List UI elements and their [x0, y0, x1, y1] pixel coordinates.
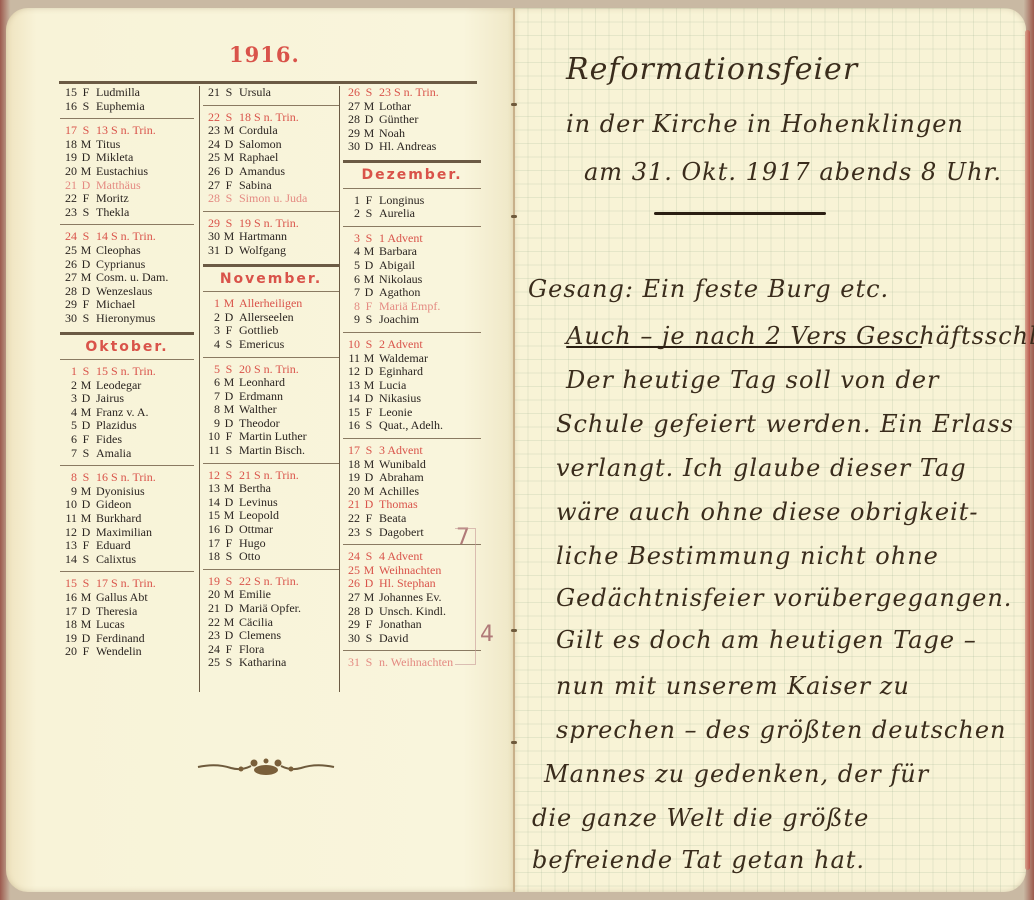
- weekday-letter: S: [362, 444, 376, 458]
- calendar-day-row: 23MCordula: [203, 124, 339, 138]
- day-name: Lothar: [379, 99, 411, 113]
- day-number: 25: [343, 564, 360, 578]
- calendar-day-row: 19DMikleta: [60, 151, 194, 165]
- calendar-day-row: 18MTitus: [60, 138, 194, 152]
- day-number: 21: [203, 86, 220, 100]
- weekday-letter: S: [362, 207, 376, 221]
- day-number: 17: [343, 444, 360, 458]
- weekday-letter: F: [222, 430, 236, 444]
- calendar-day-row: 21DMariä Opfer.: [203, 602, 339, 616]
- calendar-day-row: 25MRaphael: [203, 151, 339, 165]
- weekday-letter: M: [222, 403, 236, 417]
- weekday-letter: M: [222, 124, 236, 138]
- calendar-day-row: 24FFlora: [203, 643, 339, 657]
- weekday-letter: M: [362, 127, 376, 141]
- day-name: Eduard: [96, 538, 131, 552]
- day-name: Beata: [379, 511, 406, 525]
- weekday-letter: D: [79, 526, 93, 540]
- header-rule: [59, 81, 477, 84]
- weekday-letter: D: [79, 151, 93, 165]
- weekday-letter: F: [362, 406, 376, 420]
- calendar-day-row: 16SEuphemia: [60, 100, 194, 114]
- weekday-letter: F: [362, 194, 376, 208]
- day-name: Dagobert: [379, 525, 424, 539]
- day-name: Flora: [239, 642, 264, 656]
- note-line: am 31. Okt. 1917 abends 8 Uhr.: [584, 158, 1002, 186]
- weekday-letter: S: [222, 469, 236, 483]
- calendar-day-row: 19DFerdinand: [60, 632, 194, 646]
- day-name: Salomon: [239, 137, 282, 151]
- day-number: 24: [343, 550, 360, 564]
- binding-stitch: [511, 103, 517, 106]
- day-number: 24: [203, 138, 220, 152]
- weekday-letter: D: [79, 498, 93, 512]
- day-number: 20: [60, 165, 77, 179]
- day-number: 13: [203, 482, 220, 496]
- day-name: Quat., Adelh.: [379, 418, 443, 432]
- day-name: Titus: [96, 137, 120, 151]
- weekday-letter: D: [222, 523, 236, 537]
- day-number: 9: [203, 417, 220, 431]
- calendar-day-row: 13MLucia: [343, 379, 481, 393]
- calendar-day-row: 6MNikolaus: [343, 273, 481, 287]
- weekday-letter: D: [222, 417, 236, 431]
- calendar-day-row: 9SJoachim: [343, 313, 481, 327]
- day-number: 1: [203, 297, 220, 311]
- day-name: Levinus: [239, 495, 278, 509]
- weekday-letter: F: [362, 300, 376, 314]
- day-number: 5: [343, 259, 360, 273]
- day-number: 22: [203, 616, 220, 630]
- calendar-day-row: 4SEmericus: [203, 338, 339, 352]
- calendar-day-row: 15FLeonie: [343, 406, 481, 420]
- day-number: 26: [343, 86, 360, 100]
- day-name: Hieronymus: [96, 311, 155, 325]
- day-name: 15 S n. Trin.: [96, 364, 156, 378]
- day-name: Hl. Stephan: [379, 576, 436, 590]
- weekday-letter: M: [79, 244, 93, 258]
- calendar-day-row: 16DOttmar: [203, 523, 339, 537]
- weekday-letter: F: [222, 643, 236, 657]
- day-number: 13: [60, 539, 77, 553]
- day-number: 29: [343, 127, 360, 141]
- weekday-letter: F: [79, 645, 93, 659]
- weekday-letter: D: [79, 285, 93, 299]
- day-number: 24: [60, 230, 77, 244]
- calendar-day-row: 29FMichael: [60, 298, 194, 312]
- calendar-day-row: 9DTheodor: [203, 417, 339, 431]
- note-line: Schule gefeiert werden. Ein Erlass: [556, 410, 1014, 438]
- day-number: 22: [60, 192, 77, 206]
- day-name: Abigail: [379, 258, 415, 272]
- weekday-letter: M: [79, 406, 93, 420]
- calendar-day-row: 29MNoah: [343, 127, 481, 141]
- weekday-letter: F: [79, 298, 93, 312]
- title-underline: [654, 212, 826, 215]
- day-name: Theodor: [239, 416, 280, 430]
- day-name: 13 S n. Trin.: [96, 123, 156, 137]
- day-name: Ottmar: [239, 522, 273, 536]
- day-number: 4: [343, 245, 360, 259]
- weekday-letter: D: [222, 165, 236, 179]
- weekday-letter: F: [362, 618, 376, 632]
- weekday-letter: D: [222, 138, 236, 152]
- day-number: 30: [203, 230, 220, 244]
- day-name: Lucia: [379, 378, 406, 392]
- day-number: 18: [60, 618, 77, 632]
- day-number: 22: [203, 111, 220, 125]
- day-number: 19: [203, 575, 220, 589]
- day-number: 19: [60, 632, 77, 646]
- binding-gutter: [513, 8, 515, 892]
- day-name: Wendelin: [96, 644, 142, 658]
- day-number: 5: [203, 363, 220, 377]
- calendar-day-row: 20FWendelin: [60, 645, 194, 659]
- day-name: Gallus Abt: [96, 590, 148, 604]
- calendar-day-row: 22MCäcilia: [203, 616, 339, 630]
- weekday-letter: S: [362, 656, 376, 670]
- day-name: 16 S n. Trin.: [96, 470, 156, 484]
- note-line: Gilt es doch am heutigen Tage –: [556, 626, 977, 654]
- calendar-day-row: 15FLudmilla: [60, 86, 194, 100]
- calendar-day-row: 8FMariä Empf.: [343, 300, 481, 314]
- pencil-mark: 4: [480, 622, 494, 647]
- day-name: 19 S n. Trin.: [239, 216, 299, 230]
- weekday-letter: M: [222, 482, 236, 496]
- day-name: Cleophas: [96, 243, 141, 257]
- day-number: 18: [60, 138, 77, 152]
- calendar-day-row: 1FLonginus: [343, 194, 481, 208]
- calendar-day-row: 12S21 S n. Trin.: [203, 469, 339, 483]
- calendar-day-row: 1MAllerheiligen: [203, 297, 339, 311]
- calendar-day-row: 14DLevinus: [203, 496, 339, 510]
- day-name: 18 S n. Trin.: [239, 110, 299, 124]
- calendar-day-row: 24S14 S n. Trin.: [60, 230, 194, 244]
- calendar-day-row: 10S2 Advent: [343, 338, 481, 352]
- weekday-letter: D: [79, 179, 93, 193]
- page-edge: [1025, 30, 1030, 870]
- weekday-letter: F: [79, 539, 93, 553]
- calendar-day-row: 14SCalixtus: [60, 553, 194, 567]
- weekday-letter: M: [79, 485, 93, 499]
- day-number: 26: [203, 165, 220, 179]
- day-name: 4 Advent: [379, 549, 423, 563]
- weekday-letter: M: [362, 458, 376, 472]
- day-name: 3 Advent: [379, 443, 423, 457]
- weekday-letter: S: [79, 553, 93, 567]
- week-divider: [203, 357, 339, 358]
- day-number: 14: [343, 392, 360, 406]
- day-name: Unsch. Kindl.: [379, 604, 446, 618]
- day-name: Noah: [379, 126, 405, 140]
- day-number: 8: [60, 471, 77, 485]
- day-number: 3: [203, 324, 220, 338]
- day-number: 20: [343, 485, 360, 499]
- day-number: 29: [203, 217, 220, 231]
- weekday-letter: S: [362, 338, 376, 352]
- day-name: Hartmann: [239, 229, 287, 243]
- day-number: 27: [203, 179, 220, 193]
- week-divider: [343, 226, 481, 227]
- day-number: 6: [343, 273, 360, 287]
- day-name: Emericus: [239, 337, 284, 351]
- calendar-day-row: 25MCleophas: [60, 244, 194, 258]
- calendar-day-row: 6FFides: [60, 433, 194, 447]
- day-name: Leodegar: [96, 378, 141, 392]
- day-number: 20: [203, 588, 220, 602]
- weekday-letter: D: [222, 244, 236, 258]
- calendar-day-row: 14DNikasius: [343, 392, 481, 406]
- day-name: Johannes Ev.: [379, 590, 442, 604]
- day-number: 9: [60, 485, 77, 499]
- calendar-day-row: 23SThekla: [60, 206, 194, 220]
- day-name: Theresia: [96, 604, 137, 618]
- calendar-day-row: 22S18 S n. Trin.: [203, 111, 339, 125]
- day-number: 19: [60, 151, 77, 165]
- day-name: Calixtus: [96, 552, 136, 566]
- day-name: Amandus: [239, 164, 285, 178]
- day-number: 21: [203, 602, 220, 616]
- calendar-day-row: 17DTheresia: [60, 605, 194, 619]
- weekday-letter: M: [222, 616, 236, 630]
- day-name: Eginhard: [379, 364, 423, 378]
- day-name: Abraham: [379, 470, 424, 484]
- weekday-letter: D: [79, 419, 93, 433]
- calendar-day-row: 17S13 S n. Trin.: [60, 124, 194, 138]
- day-number: 17: [60, 605, 77, 619]
- weekday-letter: F: [79, 192, 93, 206]
- calendar-day-row: 7DAgathon: [343, 286, 481, 300]
- calendar-day-row: 26DCyprianus: [60, 258, 194, 272]
- day-name: Leonhard: [239, 375, 285, 389]
- day-name: Allerseelen: [239, 310, 294, 324]
- week-divider: [203, 569, 339, 570]
- note-line: befreiende Tat getan hat.: [532, 846, 865, 874]
- day-name: Mikleta: [96, 150, 133, 164]
- calendar-day-row: 21DMatthäus: [60, 179, 194, 193]
- day-number: 29: [60, 298, 77, 312]
- weekday-letter: S: [222, 550, 236, 564]
- note-line: die ganze Welt die größte: [532, 804, 869, 832]
- day-name: Sabina: [239, 178, 272, 192]
- day-number: 15: [203, 509, 220, 523]
- day-name: David: [379, 631, 408, 645]
- day-number: 3: [60, 392, 77, 406]
- day-number: 2: [343, 207, 360, 221]
- day-number: 10: [203, 430, 220, 444]
- day-number: 10: [60, 498, 77, 512]
- day-number: 25: [203, 656, 220, 670]
- calendar-day-row: 11MBurkhard: [60, 512, 194, 526]
- calendar-day-row: 31DWolfgang: [203, 244, 339, 258]
- weekday-letter: M: [222, 509, 236, 523]
- calendar-day-row: 28DGünther: [343, 113, 481, 127]
- day-number: 9: [343, 313, 360, 327]
- calendar-day-row: 19S22 S n. Trin.: [203, 575, 339, 589]
- weekday-letter: M: [362, 591, 376, 605]
- day-number: 16: [203, 523, 220, 537]
- day-number: 6: [203, 376, 220, 390]
- weekday-letter: F: [222, 324, 236, 338]
- calendar-day-row: 4MFranz v. A.: [60, 406, 194, 420]
- month-rule: [203, 264, 339, 267]
- calendar-day-row: 10DGideon: [60, 498, 194, 512]
- day-number: 23: [203, 124, 220, 138]
- day-name: Weihnachten: [379, 563, 441, 577]
- day-name: Gideon: [96, 497, 131, 511]
- note-line: verlangt. Ich glaube dieser Tag: [556, 454, 967, 482]
- day-name: Wenzeslaus: [96, 284, 152, 298]
- week-divider: [60, 224, 194, 225]
- day-number: 15: [343, 406, 360, 420]
- day-name: Agathon: [379, 285, 420, 299]
- calendar-day-row: 11MWaldemar: [343, 352, 481, 366]
- day-number: 26: [60, 258, 77, 272]
- weekday-letter: F: [362, 512, 376, 526]
- day-number: 4: [203, 338, 220, 352]
- day-name: n. Weihnachten: [379, 655, 453, 669]
- note-line: Gesang: Ein feste Burg etc.: [528, 275, 889, 303]
- day-name: Waldemar: [379, 351, 428, 365]
- calendar-day-row: 17FHugo: [203, 537, 339, 551]
- day-number: 27: [343, 100, 360, 114]
- weekday-letter: F: [79, 86, 93, 100]
- day-number: 6: [60, 433, 77, 447]
- weekday-letter: F: [222, 537, 236, 551]
- calendar-day-row: 28DWenzeslaus: [60, 285, 194, 299]
- weekday-letter: D: [362, 498, 376, 512]
- day-number: 16: [60, 100, 77, 114]
- calendar-day-row: 2SAurelia: [343, 207, 481, 221]
- month-divider: [203, 291, 339, 292]
- weekday-letter: S: [79, 206, 93, 220]
- day-name: Ludmilla: [96, 85, 140, 99]
- day-number: 28: [343, 605, 360, 619]
- day-number: 18: [203, 550, 220, 564]
- day-name: Clemens: [239, 628, 281, 642]
- day-number: 28: [343, 113, 360, 127]
- week-divider: [343, 438, 481, 439]
- weekday-letter: M: [362, 100, 376, 114]
- calendar-day-row: 15MLeopold: [203, 509, 339, 523]
- day-name: Cordula: [239, 123, 278, 137]
- calendar-day-row: 13FEduard: [60, 539, 194, 553]
- month-heading: Oktober.: [60, 341, 194, 355]
- binding-stitch: [511, 215, 517, 218]
- day-name: Allerheiligen: [239, 296, 302, 310]
- calendar-day-row: 19DAbraham: [343, 471, 481, 485]
- weekday-letter: S: [222, 444, 236, 458]
- day-number: 15: [60, 577, 77, 591]
- day-number: 30: [343, 632, 360, 646]
- calendar-day-row: 5S20 S n. Trin.: [203, 363, 339, 377]
- day-name: Ferdinand: [96, 631, 145, 645]
- calendar-day-row: 26S23 S n. Trin.: [343, 86, 481, 100]
- day-number: 8: [343, 300, 360, 314]
- weekday-letter: M: [79, 512, 93, 526]
- calendar-day-row: 4MBarbara: [343, 245, 481, 259]
- weekday-letter: M: [362, 352, 376, 366]
- day-name: Joachim: [379, 312, 419, 326]
- week-divider: [60, 465, 194, 466]
- calendar-day-row: 22FMoritz: [60, 192, 194, 206]
- day-name: Aurelia: [379, 206, 415, 220]
- calendar-day-row: 18SOtto: [203, 550, 339, 564]
- day-number: 31: [203, 244, 220, 258]
- calendar-day-row: 20MAchilles: [343, 485, 481, 499]
- day-number: 7: [60, 447, 77, 461]
- weekday-letter: S: [362, 550, 376, 564]
- weekday-letter: D: [362, 392, 376, 406]
- day-name: Raphael: [239, 150, 278, 164]
- day-name: Walther: [239, 402, 277, 416]
- calendar-day-row: 30DHl. Andreas: [343, 140, 481, 154]
- calendar-day-row: 12DEginhard: [343, 365, 481, 379]
- month-rule: [60, 332, 194, 335]
- binding-stitch: [511, 741, 517, 744]
- weekday-letter: S: [79, 312, 93, 326]
- day-number: 14: [203, 496, 220, 510]
- day-name: Maximilian: [96, 525, 152, 539]
- day-name: Dyonisius: [96, 484, 145, 498]
- weekday-letter: D: [362, 605, 376, 619]
- calendar-year: 1916.: [229, 42, 299, 67]
- weekday-letter: S: [79, 471, 93, 485]
- day-number: 21: [60, 179, 77, 193]
- floral-ornament-icon: [196, 757, 336, 777]
- weekday-letter: F: [222, 179, 236, 193]
- day-name: Hugo: [239, 536, 266, 550]
- day-name: 17 S n. Trin.: [96, 576, 156, 590]
- day-name: Eustachius: [96, 164, 148, 178]
- day-name: Günther: [379, 112, 418, 126]
- calendar-day-row: 8S16 S n. Trin.: [60, 471, 194, 485]
- day-number: 16: [60, 591, 77, 605]
- weekday-letter: S: [222, 217, 236, 231]
- day-name: Michael: [96, 297, 135, 311]
- calendar-day-row: 5DPlazidus: [60, 419, 194, 433]
- weekday-letter: M: [362, 273, 376, 287]
- day-number: 11: [60, 512, 77, 526]
- note-line: Mannes zu gedenken, der für: [544, 760, 929, 788]
- calendar-day-row: 10FMartin Luther: [203, 430, 339, 444]
- day-name: Emilie: [239, 587, 271, 601]
- day-name: Cosm. u. Dam.: [96, 270, 168, 284]
- weekday-letter: M: [362, 564, 376, 578]
- day-number: 5: [60, 419, 77, 433]
- note-line: wäre auch ohne diese obrigkeit-: [556, 498, 979, 526]
- binding-stitch: [511, 629, 517, 632]
- day-name: Erdmann: [239, 389, 283, 403]
- calendar-day-row: 15S17 S n. Trin.: [60, 577, 194, 591]
- day-number: 27: [343, 591, 360, 605]
- calendar-day-row: 3S1 Advent: [343, 232, 481, 246]
- weekday-letter: M: [362, 485, 376, 499]
- day-name: Katharina: [239, 655, 286, 669]
- calendar-day-row: 25SKatharina: [203, 656, 339, 670]
- calendar-day-row: 26DAmandus: [203, 165, 339, 179]
- month-heading: Dezember.: [343, 169, 481, 183]
- calendar-day-row: 21DThomas: [343, 498, 481, 512]
- calendar-day-row: 20MEmilie: [203, 588, 339, 602]
- weekday-letter: M: [362, 379, 376, 393]
- day-number: 2: [203, 311, 220, 325]
- week-divider: [60, 118, 194, 119]
- day-number: 17: [203, 537, 220, 551]
- calendar-day-row: 22FBeata: [343, 512, 481, 526]
- calendar-day-row: 20MEustachius: [60, 165, 194, 179]
- weekday-letter: S: [362, 632, 376, 646]
